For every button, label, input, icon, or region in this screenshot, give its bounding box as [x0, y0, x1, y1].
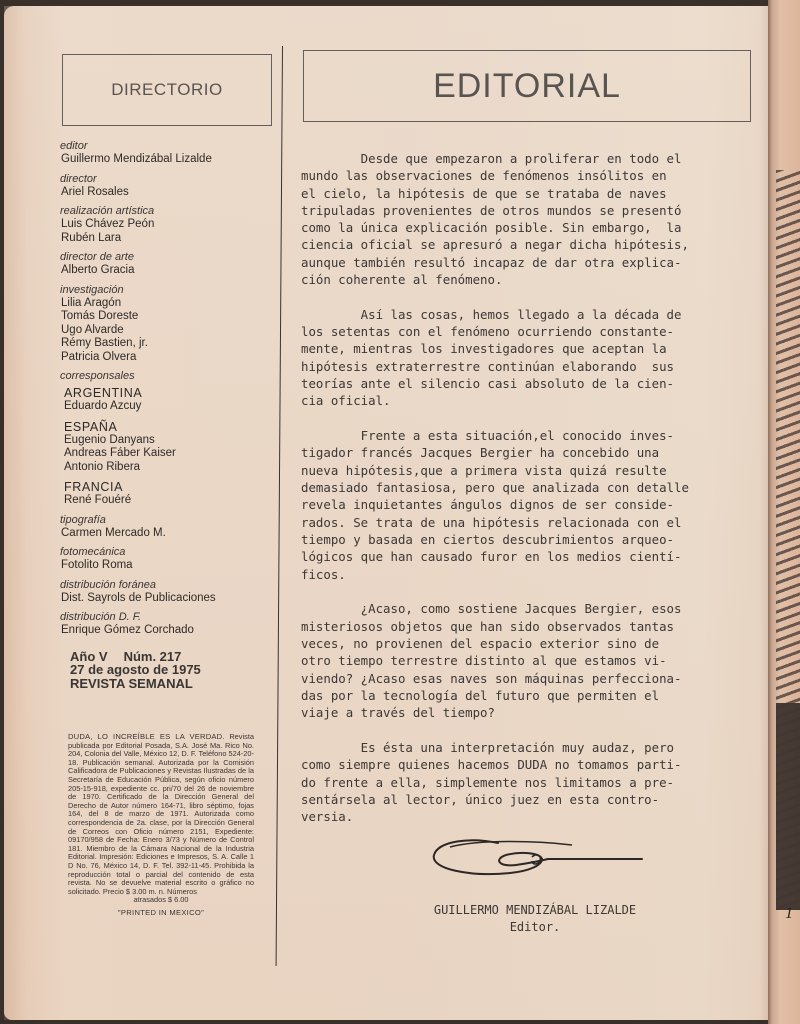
- staff-name: Rémy Bastien, jr.: [60, 337, 272, 351]
- staff-group: directorAriel Rosales: [60, 173, 272, 200]
- staff-role: director: [60, 173, 272, 186]
- staff-group: investigaciónLilia AragónTomás DoresteUg…: [60, 284, 272, 365]
- directory-header: DIRECTORIO: [63, 55, 271, 125]
- editorial-paragraph: Desde que empezaron a proliferar en todo…: [301, 150, 731, 288]
- staff-name: Patricia Olvera: [60, 351, 272, 365]
- editorial-header-box: EDITORIAL: [303, 50, 751, 122]
- staff-name: Enrique Gómez Corchado: [60, 624, 272, 638]
- editorial-body: Desde que empezaron a proliferar en todo…: [301, 150, 731, 843]
- staff-name: Dist. Sayrols de Publicaciones: [60, 592, 272, 606]
- correspondent-name: René Fouéré: [60, 494, 272, 508]
- staff-name: Ugo Alvarde: [60, 324, 272, 338]
- staff-role: fotomecánica: [60, 546, 272, 559]
- staff-name: Luis Chávez Peón: [60, 218, 272, 232]
- staff-list-secondary: tipografíaCarmen Mercado M.fotomecánicaF…: [60, 514, 272, 638]
- staff-group: distribución foráneaDist. Sayrols de Pub…: [60, 579, 272, 606]
- staff-role: investigación: [60, 284, 272, 297]
- staff-name: Alberto Gracia: [60, 264, 272, 278]
- editorial-paragraph: Así las cosas, hemos llegado a la década…: [301, 306, 731, 410]
- correspondent-country: ARGENTINA: [60, 386, 272, 400]
- staff-name: Ariel Rosales: [60, 186, 272, 200]
- correspondents-section: corresponsales ARGENTINAEduardo AzcuyESP…: [60, 370, 272, 508]
- correspondent-country: FRANCIA: [60, 480, 272, 494]
- signature-icon: [430, 835, 650, 895]
- editorial-paragraph: ¿Acaso, como sostiene Jacques Bergier, e…: [301, 600, 731, 721]
- issue-type: REVISTA SEMANAL: [70, 677, 272, 691]
- correspondent-country-block: ARGENTINAEduardo Azcuy: [60, 386, 272, 414]
- staff-name: Fotolito Roma: [60, 559, 272, 573]
- issue-date: 27 de agosto de 1975: [70, 663, 272, 677]
- editorial-header: EDITORIAL: [304, 51, 750, 121]
- correspondent-country: ESPAÑA: [60, 420, 272, 434]
- directory-column: editorGuillermo Mendizábal Lizaldedirect…: [60, 140, 272, 690]
- legal-back-issues: atrasados $ 6.00: [68, 896, 254, 905]
- correspondent-country-block: FRANCIARené Fouéré: [60, 480, 272, 508]
- staff-group: distribución D. F.Enrique Gómez Corchado: [60, 611, 272, 638]
- correspondent-name: Eduardo Azcuy: [60, 400, 272, 414]
- signature-block: GUILLERMO MENDIZÁBAL LIZALDE Editor.: [395, 902, 675, 936]
- staff-group: editorGuillermo Mendizábal Lizalde: [60, 140, 272, 167]
- adjacent-page-number: 1: [785, 905, 793, 923]
- legal-notice: DUDA, LO INCREÍBLE ES LA VERDAD. Revista…: [68, 733, 254, 917]
- editorial-paragraph: Frente a esta situación,el conocido inve…: [301, 427, 731, 583]
- correspondent-country-block: ESPAÑAEugenio DanyansAndreas Fáber Kaise…: [60, 420, 272, 475]
- staff-group: realización artísticaLuis Chávez PeónRub…: [60, 205, 272, 245]
- editorial-paragraph: Es ésta una interpretación muy audaz, pe…: [301, 739, 731, 825]
- staff-group: fotomecánicaFotolito Roma: [60, 546, 272, 573]
- staff-group: director de arteAlberto Gracia: [60, 251, 272, 278]
- signature-title: Editor.: [395, 919, 675, 936]
- staff-name: Lilia Aragón: [60, 297, 272, 311]
- correspondent-name: Andreas Fáber Kaiser: [60, 447, 272, 461]
- staff-role: tipografía: [60, 514, 272, 527]
- staff-name: Guillermo Mendizábal Lizalde: [60, 153, 272, 167]
- staff-group: tipografíaCarmen Mercado M.: [60, 514, 272, 541]
- staff-name: Tomás Doreste: [60, 310, 272, 324]
- correspondents-list: ARGENTINAEduardo AzcuyESPAÑAEugenio Dany…: [60, 386, 272, 508]
- directory-header-box: DIRECTORIO: [62, 54, 272, 126]
- issue-info: Año VNúm. 217 27 de agosto de 1975 REVIS…: [60, 650, 272, 691]
- staff-role: distribución foránea: [60, 579, 272, 592]
- signature-name: GUILLERMO MENDIZÁBAL LIZALDE: [395, 902, 675, 919]
- correspondent-name: Eugenio Danyans: [60, 434, 272, 448]
- staff-name: Carmen Mercado M.: [60, 527, 272, 541]
- correspondent-name: Antonio Ribera: [60, 461, 272, 475]
- staff-role: realización artística: [60, 205, 272, 218]
- adjacent-page-illustration: [776, 170, 800, 910]
- staff-role: director de arte: [60, 251, 272, 264]
- staff-name: Rubén Lara: [60, 232, 272, 246]
- correspondents-role: corresponsales: [60, 370, 272, 383]
- printed-in-mexico: "PRINTED IN MEXICO": [68, 909, 254, 918]
- legal-body: Revista publicada por Editorial Posada, …: [68, 732, 254, 896]
- staff-role: distribución D. F.: [60, 611, 272, 624]
- staff-role: editor: [60, 140, 272, 153]
- staff-list: editorGuillermo Mendizábal Lizaldedirect…: [60, 140, 272, 364]
